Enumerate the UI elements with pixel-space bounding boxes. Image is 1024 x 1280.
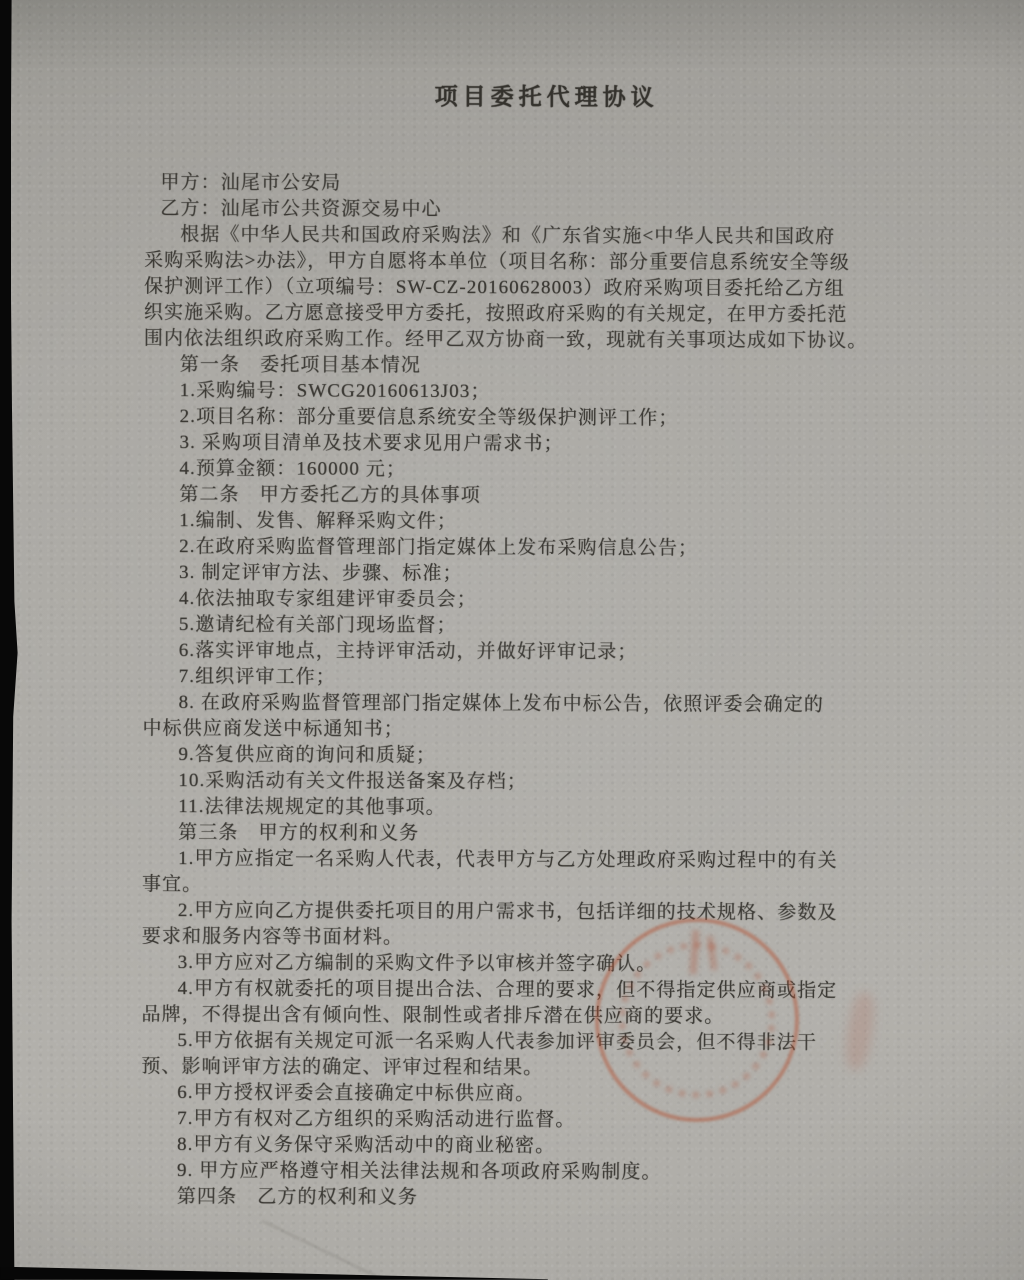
document-line: 9. 甲方应严格遵守相关法律法规和各项政府采购制度。 [141,1158,921,1187]
document-line: 品牌，不得提出含有倾向性、限制性或者排斥潜在供应商的要求。 [141,1002,921,1031]
document-line: 5.邀请纪检有关部门现场监督； [143,612,923,641]
document-line: 11.法律法规规定的其他事项。 [142,794,922,823]
document-line: 预、影响评审方法的确定、评审过程和结果。 [141,1054,921,1083]
document-line: 第四条 乙方的权利和义务 [141,1184,921,1213]
document-line: 1.甲方应指定一名采购人代表，代表甲方与乙方处理政府采购过程中的有关 [142,846,922,875]
document-line: 8.甲方有义务保守采购活动中的商业秘密。 [141,1132,921,1161]
document-line: 3.甲方应对乙方编制的采购文件予以审核并签字确认。 [142,950,922,979]
document-line: 10.采购活动有关文件报送备案及存档； [142,768,922,797]
document-line: 6.甲方授权评委会直接确定中标供应商。 [141,1080,921,1109]
scanned-photo: 项目委托代理协议 甲方：汕尾市公安局乙方：汕尾市公共资源交易中心根据《中华人民共… [0,0,1024,1280]
document-line: 7.甲方有权对乙方组织的采购活动进行监督。 [141,1106,921,1135]
document-line: 1.编制、发售、解释采购文件； [143,508,923,537]
document-line: 3. 采购项目清单及技术要求见用户需求书； [143,430,923,459]
document-line: 8. 在政府采购监督管理部门指定媒体上发布中标公告，依照评委会确定的 [142,690,922,719]
document-line: 织实施采购。乙方愿意接受甲方委托，按照政府采购的有关规定，在甲方委托范 [144,300,924,329]
document-line: 第一条 委托项目基本情况 [144,352,924,381]
document-line: 2.甲方应向乙方提供委托项目的用户需求书，包括详细的技术规格、参数及 [142,898,922,927]
document-line: 采购采购法>办法》，甲方自愿将本单位（项目名称：部分重要信息系统安全等级 [144,248,924,277]
document-paper: 项目委托代理协议 甲方：汕尾市公安局乙方：汕尾市公共资源交易中心根据《中华人民共… [11,0,1024,1280]
document-line: 4.依法抽取专家组建评审委员会； [143,586,923,615]
document-content: 项目委托代理协议 甲方：汕尾市公安局乙方：汕尾市公共资源交易中心根据《中华人民共… [141,0,925,1213]
document-line: 2.项目名称：部分重要信息系统安全等级保护测评工作； [143,404,923,433]
document-line: 中标供应商发送中标通知书； [142,716,922,745]
document-line: 4.预算金额：160000 元； [143,456,923,485]
document-line: 5.甲方依据有关规定可派一名采购人代表参加评审委员会，但不得非法干 [141,1028,921,1057]
document-line: 根据《中华人民共和国政府采购法》和《广东省实施<中华人民共和国政府 [144,222,924,251]
document-line: 3. 制定评审方法、步骤、标准； [143,560,923,589]
document-line: 乙方：汕尾市公共资源交易中心 [144,196,924,225]
document-line: 7.组织评审工作； [143,664,923,693]
document-line: 围内依法组织政府采购工作。经甲乙双方协商一致，现就有关事项达成如下协议。 [144,326,924,355]
document-line: 要求和服务内容等书面材料。 [142,924,922,953]
document-body: 甲方：汕尾市公安局乙方：汕尾市公共资源交易中心根据《中华人民共和国政府采购法》和… [141,170,925,1213]
document-line: 第二条 甲方委托乙方的具体事项 [143,482,923,511]
document-line: 保护测评工作）（立项编号：SW-CZ-20160628003）政府采购项目委托给… [144,274,924,303]
document-line: 9.答复供应商的询问和质疑； [142,742,922,771]
document-line: 事宜。 [142,872,922,901]
document-line: 甲方：汕尾市公安局 [144,170,924,199]
document-line: 1.采购编号：SWCG20160613J03； [144,378,924,407]
paper-crease [262,1220,382,1280]
document-line: 第三条 甲方的权利和义务 [142,820,922,849]
document-title: 项目委托代理协议 [157,0,937,115]
document-line: 2.在政府采购监督管理部门指定媒体上发布采购信息公告； [143,534,923,563]
document-line: 4.甲方有权就委托的项目提出合法、合理的要求，但不得指定供应商或指定 [141,976,921,1005]
document-line: 6.落实评审地点，主持评审活动，并做好评审记录； [143,638,923,667]
